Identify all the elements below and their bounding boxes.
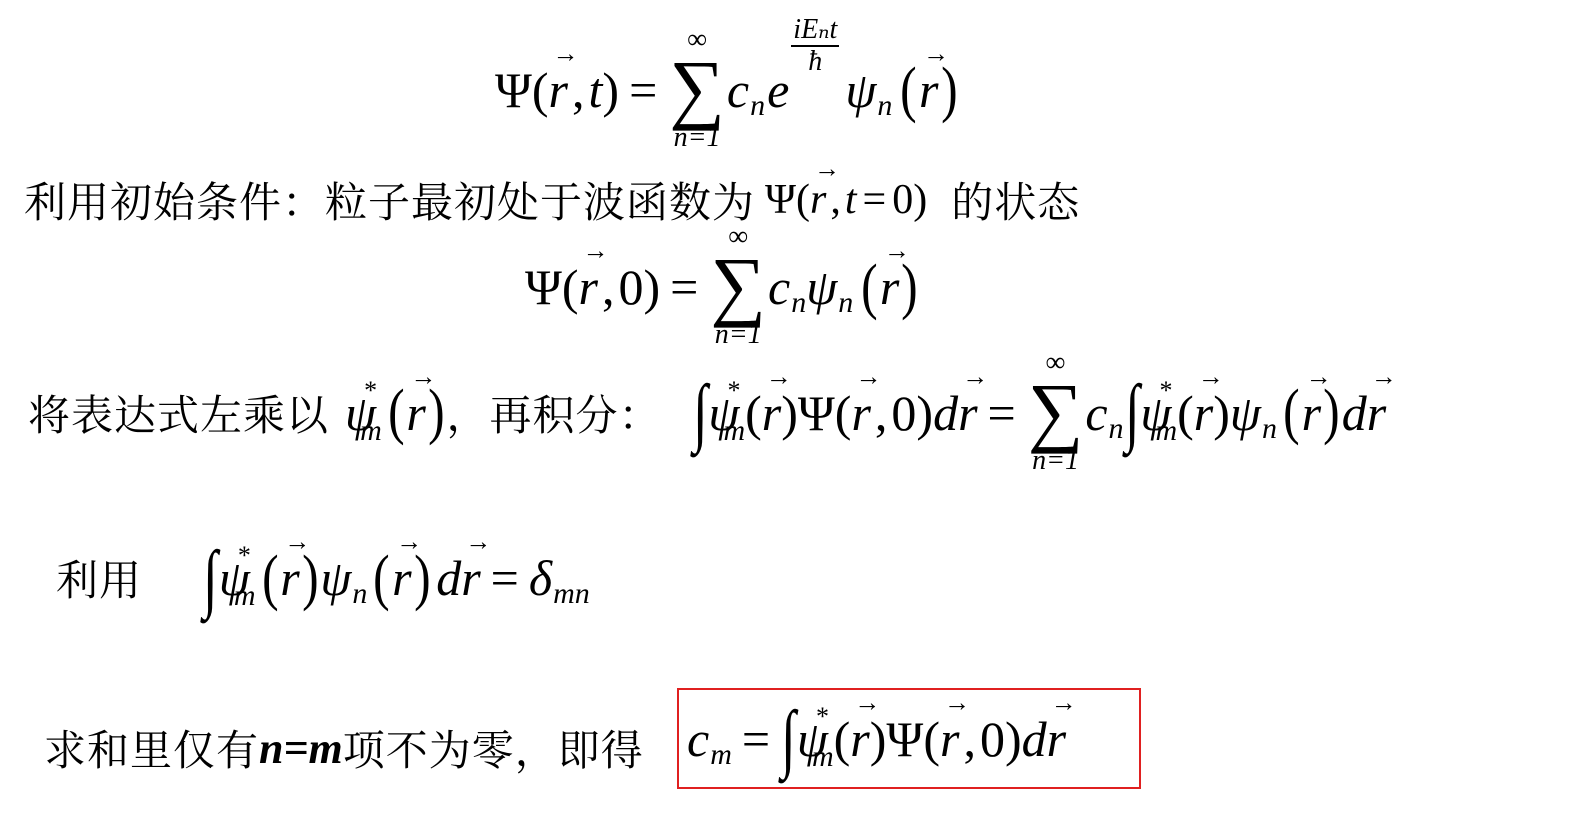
equation-time-evolution: Ψ ( r , t ) = ∞ ∑ n=1 cn e iEₙt ħ ψn ( r…	[495, 20, 959, 160]
conclusion-line: 求和里仅有 n=m 项不为零，即得	[44, 708, 644, 788]
n-equals-m: n=m	[259, 723, 343, 774]
integral-icon: ∫	[693, 369, 708, 456]
multiply-integrate-line: 将表达式左乘以 ψ*m (r) ，再积分： ∫ ψ*m (r) Ψ(r,0) d…	[28, 345, 1386, 480]
orthonormality-line: 利用 ∫ ψ*m (r) ψn (r) dr = δmn	[56, 528, 590, 628]
equation-coefficient: cm = ∫ ψ*m (r) Ψ(r,0) dr	[687, 695, 1066, 782]
equation-orthonormality: ∫ ψ*m (r) ψn (r) dr = δmn	[202, 535, 590, 622]
sigma-icon: ∑	[710, 250, 766, 320]
summation: ∞ ∑ n=1	[710, 224, 766, 350]
integral-icon: ∫	[781, 695, 796, 782]
exponent-fraction: iEₙt ħ	[791, 15, 839, 77]
summation: ∞ ∑ n=1	[1028, 350, 1084, 476]
vector-r: r	[919, 61, 938, 119]
psi-capital: Ψ	[495, 61, 532, 119]
conjugate-psi-m: ψ*m (r)	[345, 377, 447, 448]
equation-projection: ∫ ψ*m (r) Ψ(r,0) dr = ∞ ∑ n=1 cn ∫ ψ*m (…	[692, 350, 1387, 476]
sigma-icon: ∑	[669, 53, 725, 123]
result-box: cm = ∫ ψ*m (r) Ψ(r,0) dr	[677, 688, 1141, 789]
integral-icon: ∫	[1125, 369, 1140, 456]
summation: ∞ ∑ n=1	[669, 27, 725, 153]
initial-state-expression: Ψ(r,t=0)	[765, 176, 927, 224]
sigma-icon: ∑	[1028, 376, 1084, 446]
initial-condition-line: 利用初始条件：粒子最初处于波函数为 Ψ(r,t=0) 的状态	[24, 172, 1080, 228]
integral-icon: ∫	[203, 535, 218, 622]
equation-initial-expansion: Ψ ( r , 0 ) = ∞ ∑ n=1 cn ψn ( r )	[525, 222, 920, 352]
vector-r: r	[549, 61, 568, 119]
